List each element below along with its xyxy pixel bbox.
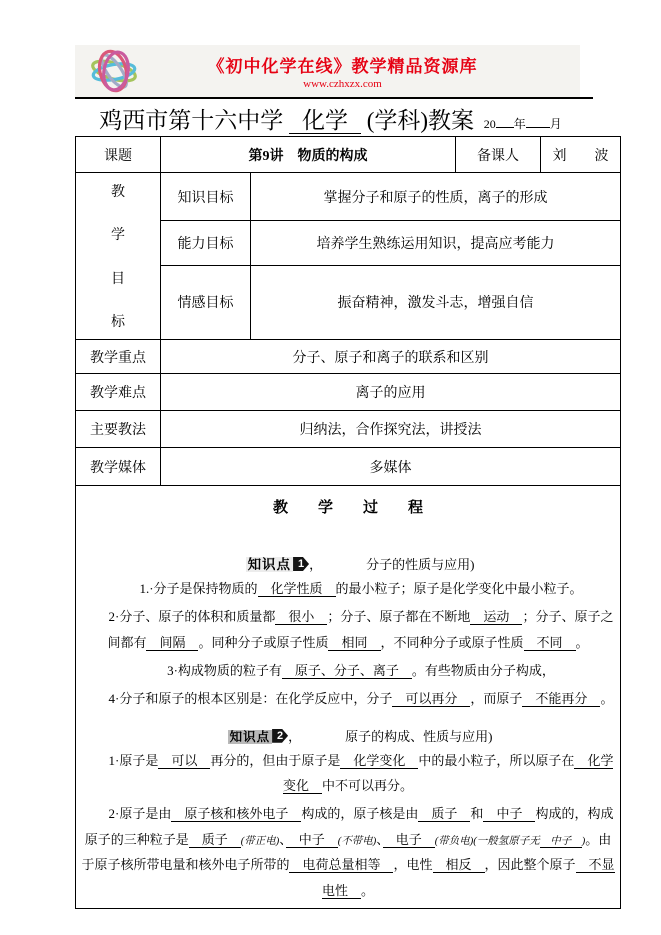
text-segment: 4·分子和原子的根本区别是：在化学反应中，分子 — [109, 691, 393, 706]
fill-in-answer: 电子 — [383, 832, 435, 848]
text-segment: 。同种分子或原子性质 — [198, 635, 328, 650]
text-segment: 2·原子是由 — [109, 806, 172, 821]
header-divider-rule — [75, 97, 593, 99]
badge-number-1: 1 — [293, 557, 309, 571]
subject-name: 化学 — [289, 108, 361, 134]
table-row: 教 学 过 程 知识点1，分子的性质与应用) 1.·分子是保持物质的 化学性质 … — [76, 486, 621, 909]
site-brand-header: 《初中化学在线》教学精品资源库 www.czhxzx.com — [75, 45, 580, 97]
paragraph-2: 2·分子、原子的体积和质量都 很小 ；分子、原子都在不断地 运动 ；分子、原子之… — [79, 604, 617, 655]
text-segment: 2·分子、原子的体积和质量都 — [109, 609, 276, 624]
fill-in-answer: 质子 — [189, 832, 241, 848]
fill-in-answer: 间隔 — [146, 635, 198, 651]
text-segment: ，电性 — [393, 857, 432, 872]
difficulty-label: 教学难点 — [76, 374, 161, 411]
badge-number-2: 2 — [272, 729, 288, 743]
fill-in-answer: 质子 — [418, 806, 470, 822]
table-row: 教学重点 分子、原子和离子的联系和区别 — [76, 340, 621, 374]
goal-char: 目 — [79, 268, 157, 288]
table-row: 教 学 目 标 知识目标 掌握分子和原子的性质，离子的形成 — [76, 173, 621, 221]
document-page: 《初中化学在线》教学精品资源库 www.czhxzx.com 鸡西市第十六中学 … — [0, 0, 661, 935]
key-point-label: 教学重点 — [76, 340, 161, 374]
process-heading: 教 学 过 程 — [79, 496, 617, 517]
fill-in-answer: 中子 — [540, 836, 582, 848]
method-label: 主要教法 — [76, 411, 161, 448]
badge-comma: ， — [288, 729, 301, 744]
text-segment: 、 — [279, 832, 286, 847]
fill-in-answer: 很小 — [275, 609, 327, 625]
text-segment: 3·构成物质的粒子有 — [167, 663, 282, 678]
fill-in-answer: 原子核和核外电子 — [171, 806, 301, 822]
paragraph-6: 2·原子是由 原子核和核外电子 构成的，原子核是由 质子 和 中子 构成的，构成… — [79, 801, 617, 903]
text-segment: (带正电) — [241, 836, 280, 847]
fill-in-answer: 可以再分 — [392, 691, 470, 707]
paragraph-3: 3·构成物质的粒子有 原子、分子、离子 。有些物质由分子构成， — [79, 658, 617, 683]
table-row: 教学难点 离子的应用 — [76, 374, 621, 411]
knowledge-goal-value: 掌握分子和原子的性质，离子的形成 — [251, 173, 621, 221]
topic-value: 第9讲 物质的构成 — [161, 137, 456, 173]
text-segment: ，而原子 — [470, 691, 522, 706]
atom-logo-icon — [83, 46, 145, 96]
fill-in-answer: 不能再分 — [522, 691, 600, 707]
goal-char: 教 — [79, 181, 157, 201]
month-char: 月 — [550, 117, 562, 131]
table-row: 教学媒体 多媒体 — [76, 448, 621, 486]
text-segment: 再分的，但由于原子是 — [210, 753, 340, 768]
topic-label: 课题 — [76, 137, 161, 173]
difficulty-value: 离子的应用 — [161, 374, 621, 411]
text-segment: 。有些物质由分子构成， — [412, 663, 555, 678]
fill-in-answer: 中子 — [483, 806, 535, 822]
text-segment: 和 — [470, 806, 483, 821]
knowledge-point-1-line: 知识点1，分子的性质与应用) — [103, 553, 617, 573]
knowledge-point-2-line: 知识点2，原子的构成、性质与应用) — [103, 726, 617, 745]
knowledge-goal-label: 知识目标 — [161, 173, 251, 221]
teaching-process-cell: 教 学 过 程 知识点1，分子的性质与应用) 1.·分子是保持物质的 化学性质 … — [76, 486, 621, 909]
media-label: 教学媒体 — [76, 448, 161, 486]
key-point-value: 分子、原子和离子的联系和区别 — [161, 340, 621, 374]
text-segment: 构成的，原子核是由 — [301, 806, 418, 821]
knowledge-point-badge: 知识点 — [246, 557, 294, 572]
text-segment: 。 — [576, 635, 589, 650]
paragraph-5: 1·原子是 可以 再分的，但由于原子是 化学变化 中的最小粒子，所以原子在 化学… — [79, 748, 617, 799]
preparer-label: 备课人 — [456, 137, 541, 173]
text-segment: 的最小粒子；原子是化学变化中最小粒子。 — [336, 581, 583, 596]
title-suffix: (学科)教案 — [367, 108, 474, 133]
fill-in-answer: 电荷总量相等 — [289, 857, 393, 873]
text-segment: (不带电) — [338, 836, 377, 847]
teaching-goal-vertical-label: 教 学 目 标 — [76, 173, 161, 340]
ability-goal-value: 培养学生熟练运用知识，提高应考能力 — [251, 221, 621, 266]
paragraph-4: 4·分子和原子的根本区别是：在化学反应中，分子 可以再分 ，而原子 不能再分 。 — [79, 686, 617, 711]
month-blank — [526, 116, 550, 128]
text-segment: 1·原子是 — [109, 753, 159, 768]
fill-in-answer: 相反 — [433, 857, 485, 873]
text-segment: 。 — [600, 691, 613, 706]
paragraph-1: 1.·分子是保持物质的 化学性质 的最小粒子；原子是化学变化中最小粒子。 — [79, 576, 617, 601]
goal-char: 标 — [79, 311, 157, 331]
fill-in-answer: 可以 — [158, 753, 210, 769]
table-row: 课题 第9讲 物质的构成 备课人 刘 波 — [76, 137, 621, 173]
knowledge-point-badge: 知识点 — [228, 730, 273, 744]
year-blank — [496, 116, 514, 128]
school-name: 鸡西市第十六中学 — [99, 108, 283, 133]
preparer-value: 刘 波 — [541, 137, 621, 173]
text-segment: 1.·分子是保持物质的 — [139, 581, 257, 596]
knowledge-point-1-title: 分子的性质与应用) — [366, 557, 474, 572]
knowledge-point-2-title: 原子的构成、性质与应用) — [345, 729, 492, 744]
fill-in-answer: 运动 — [470, 609, 522, 625]
date-line: 20年月 — [484, 117, 562, 131]
emotion-goal-label: 情感目标 — [161, 265, 251, 339]
fill-in-answer: 中子 — [286, 832, 338, 848]
emotion-goal-value: 振奋精神，激发斗志，增强自信 — [251, 265, 621, 339]
text-segment: 中的最小粒子，所以原子在 — [418, 753, 574, 768]
fill-in-answer: 原子、分子、离子 — [282, 663, 412, 679]
fill-in-answer: 化学变化 — [340, 753, 418, 769]
table-row: 主要教法 归纳法，合作探究法，讲授法 — [76, 411, 621, 448]
brand-url: www.czhxzx.com — [145, 78, 540, 90]
text-segment: 、 — [376, 832, 383, 847]
text-segment: (带负电)(一般氢原子无 — [435, 836, 540, 847]
text-segment: ，因此整个原子 — [485, 857, 576, 872]
text-segment: ；分子、原子都在不断地 — [327, 609, 470, 624]
fill-in-answer: 不同 — [524, 635, 576, 651]
fill-in-answer: 化学性质 — [258, 581, 336, 597]
year-char: 年 — [514, 117, 526, 131]
brand-text-block: 《初中化学在线》教学精品资源库 www.czhxzx.com — [145, 52, 540, 90]
lesson-plan-table: 课题 第9讲 物质的构成 备课人 刘 波 教 学 目 标 知识目标 掌握分子和原… — [75, 136, 621, 909]
method-value: 归纳法，合作探究法，讲授法 — [161, 411, 621, 448]
text-segment: 。 — [361, 883, 374, 898]
ability-goal-label: 能力目标 — [161, 221, 251, 266]
brand-title: 《初中化学在线》教学精品资源库 — [145, 52, 540, 77]
text-segment: 中不可以再分。 — [322, 778, 413, 793]
badge-comma: ， — [309, 557, 322, 572]
text-segment: ，不同种分子或原子性质 — [381, 635, 524, 650]
media-value: 多媒体 — [161, 448, 621, 486]
fill-in-answer: 相同 — [328, 635, 380, 651]
document-title: 鸡西市第十六中学 化学 (学科)教案 20年月 — [0, 102, 661, 135]
goal-char: 学 — [79, 224, 157, 244]
date-prefix: 20 — [484, 117, 496, 131]
